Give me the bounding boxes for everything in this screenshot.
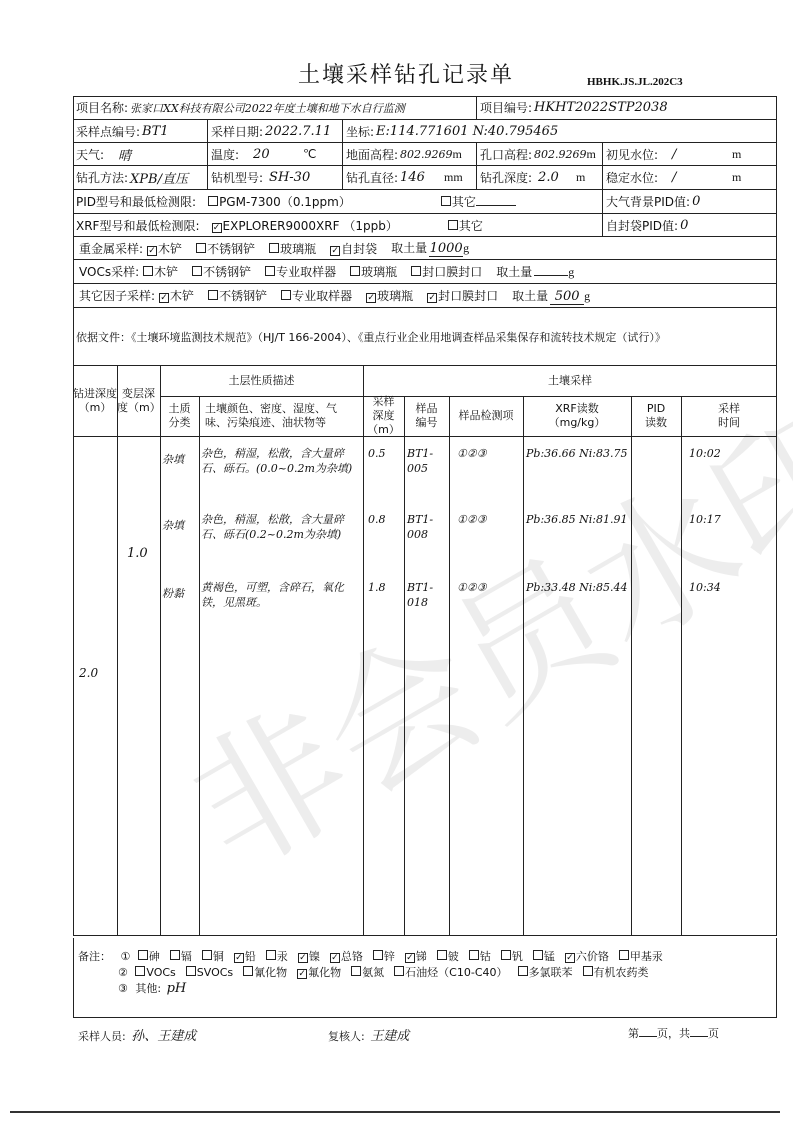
- sampling-option[interactable]: 不锈钢铲: [208, 287, 267, 304]
- row-vocs: VOCs采样: 木铲不锈钢铲专业取样器玻璃瓶封口膜封口取土量g: [73, 260, 777, 284]
- other-items-value[interactable]: pH: [167, 981, 187, 996]
- checkbox-icon[interactable]: [469, 950, 479, 960]
- checkbox-icon[interactable]: [138, 950, 148, 960]
- row-heavy-metal: 重金属采样: ✓木铲不锈钢铲玻璃瓶✓自封袋取土量1000g: [73, 237, 777, 260]
- checkbox-icon[interactable]: [619, 950, 629, 960]
- analyte-option[interactable]: 石油烃（C10-C40）: [394, 966, 507, 979]
- sampling-option[interactable]: 玻璃瓶: [350, 263, 397, 280]
- bag-pid-value[interactable]: 0: [680, 218, 688, 233]
- first-water-cell: 初见水位: / m: [603, 143, 777, 165]
- rig-cell: 钻机型号: SH-30: [208, 166, 343, 189]
- sampling-option[interactable]: ✓木铲: [147, 240, 182, 257]
- pid-cell: PID型号和最低检测限: PGM-7300（0.1ppm） 其它: [73, 190, 603, 213]
- checkbox-checked-icon[interactable]: ✓: [427, 293, 437, 303]
- checkbox-icon[interactable]: [135, 966, 145, 976]
- header-pid: PID读数: [631, 396, 681, 436]
- temp-cell: 温度: 20 ℃: [208, 143, 343, 165]
- sampling-option[interactable]: ✓封口膜封口: [427, 287, 498, 304]
- analyte-option[interactable]: ✓氟化物: [297, 966, 341, 979]
- xrf-reading[interactable]: Pb:33.48 Ni:85.44: [526, 580, 630, 595]
- depth-cell: 钻孔深度: 2.0 m: [477, 166, 603, 189]
- amount-field[interactable]: 取土量500g: [512, 287, 590, 305]
- header-drill-depth: 钻进深度（m）: [73, 366, 117, 436]
- analyte-option[interactable]: VOCs: [135, 966, 175, 979]
- checkbox-checked-icon[interactable]: ✓: [565, 953, 575, 963]
- sample-no[interactable]: BT1-018: [407, 580, 449, 610]
- method-cell: 钻孔方法: XPB/直压: [73, 166, 208, 189]
- soil-desc[interactable]: 杂色，稍湿，松散，含大量碎石、砾石(0.2~0.2m为杂填): [201, 512, 361, 542]
- xrf-cell: XRF型号和最低检测限: ✓EXPLORER9000XRF （1ppb） 其它: [73, 214, 603, 236]
- hole-elev-value[interactable]: 802.9269: [534, 148, 587, 161]
- analyte-option[interactable]: ✓六价铬: [565, 950, 609, 963]
- checkbox-icon[interactable]: [196, 243, 206, 253]
- sampling-option[interactable]: 不锈钢铲: [196, 240, 255, 257]
- ground-elev-value[interactable]: 802.9269: [400, 148, 453, 161]
- checkbox-icon[interactable]: [394, 966, 404, 976]
- soil-table: 钻进深度（m） 变层深度（m） 土层性质描述 土质分类 土壤颜色、密度、湿度、气…: [73, 366, 777, 936]
- analyte-option[interactable]: 多氯联苯: [518, 966, 573, 979]
- scan-edge-line: [10, 1111, 780, 1113]
- soil-type[interactable]: 粉黏: [162, 586, 198, 601]
- header-time: 采样时间: [681, 396, 777, 436]
- analyte-option[interactable]: ✓镍: [298, 950, 320, 963]
- analyte-option[interactable]: 钴: [469, 950, 491, 963]
- analyte-option[interactable]: 氰化物: [243, 966, 287, 979]
- sample-time[interactable]: 10:17: [689, 512, 769, 527]
- xrf-reading[interactable]: Pb:36.66 Ni:83.75: [526, 446, 630, 461]
- weather-cell: 天气: 晴: [73, 143, 208, 165]
- checkbox-icon[interactable]: [202, 950, 212, 960]
- header-xrf: XRF读数（mg/kg）: [523, 396, 631, 436]
- analyte-option[interactable]: 锌: [373, 950, 395, 963]
- page-total-field[interactable]: [690, 1036, 708, 1037]
- diameter-value[interactable]: 146: [400, 170, 444, 185]
- pid-option-other[interactable]: 其它: [441, 193, 516, 210]
- reviewer-signature[interactable]: 王建成: [370, 1029, 409, 1044]
- analyte-option[interactable]: ✓铅: [234, 950, 256, 963]
- row-basis: 依据文件：《土壤环境监测技术规范》（HJ/T 166-2004）、《重点行业企业…: [73, 308, 777, 366]
- row-pid: PID型号和最低检测限: PGM-7300（0.1ppm） 其它 大气背景PID…: [73, 190, 777, 214]
- checkbox-icon[interactable]: [269, 243, 279, 253]
- xrf-option-explorer[interactable]: ✓EXPLORER9000XRF （1ppb）: [212, 217, 398, 234]
- sampling-option[interactable]: 木铲: [143, 263, 178, 280]
- checkbox-checked-icon[interactable]: ✓: [405, 953, 415, 963]
- checkbox-icon[interactable]: [501, 950, 511, 960]
- checkbox-icon[interactable]: [373, 950, 383, 960]
- checkbox-checked-icon[interactable]: ✓: [330, 953, 340, 963]
- sample-depth[interactable]: 0.8: [368, 512, 404, 527]
- diameter-cell: 钻孔直径: 146 mm: [343, 166, 477, 189]
- layer-depth-value[interactable]: 1.0: [127, 546, 148, 561]
- heavy-metal-cell: 重金属采样: ✓木铲不锈钢铲玻璃瓶✓自封袋取土量1000g: [73, 237, 777, 259]
- sampler: 采样人员: 孙、王建成: [78, 1025, 196, 1044]
- header-sample-no: 样品编号: [404, 396, 449, 436]
- soil-desc[interactable]: 杂色，稍湿，松散，含大量碎石、砾石。(0.0~0.2m为杂填): [201, 446, 361, 476]
- header-layer-depth: 变层深度（m）: [117, 366, 160, 436]
- point-no-cell: 采样点编号: BT1: [73, 120, 208, 142]
- analyte-option[interactable]: 氨氮: [351, 966, 384, 979]
- notes-line-1: 备注： ① 砷镉铜✓铅汞✓镍✓总铬锌✓锑铍钴钒锰✓六价铬甲基汞: [78, 948, 669, 964]
- form-code: HBHK.JS.JL.202C3: [587, 76, 683, 88]
- row-project: 项目名称: 张家口XX科技有限公司2022年度土壤和地下水自行监测 项目编号: …: [73, 96, 777, 120]
- drill-depth-value[interactable]: 2.0: [79, 666, 98, 681]
- sample-time[interactable]: 10:02: [689, 446, 769, 461]
- analyte-option[interactable]: 有机农药类: [583, 966, 649, 979]
- notes-section: 备注： ① 砷镉铜✓铅汞✓镍✓总铬锌✓锑铍钴钒锰✓六价铬甲基汞 ② VOCsSV…: [73, 938, 777, 1018]
- sampling-option[interactable]: 玻璃瓶: [269, 240, 316, 257]
- analyte-option[interactable]: 砷: [138, 950, 160, 963]
- checkbox-checked-icon[interactable]: ✓: [330, 246, 340, 256]
- checkbox-icon[interactable]: [583, 966, 593, 976]
- stable-water-cell: 稳定水位: / m: [603, 166, 777, 189]
- method-value[interactable]: XPB/直压: [130, 168, 188, 187]
- header-sample-depth: 采样深度（m）: [363, 396, 404, 436]
- vocs-cell: VOCs采样: 木铲不锈钢铲专业取样器玻璃瓶封口膜封口取土量g: [73, 260, 777, 283]
- analyte-option[interactable]: 铜: [202, 950, 224, 963]
- checkbox-icon[interactable]: [533, 950, 543, 960]
- checkbox-checked-icon[interactable]: ✓: [297, 969, 307, 979]
- sample-date-value[interactable]: 2022.7.11: [265, 124, 331, 139]
- coord-cell: 坐标: E:114.771601 N:40.795465: [343, 120, 777, 142]
- checkbox-icon[interactable]: [208, 290, 218, 300]
- checkbox-icon[interactable]: [411, 266, 421, 276]
- notes-line-3: ③ 其他: pH: [118, 980, 186, 996]
- sample-date-cell: 采样日期: 2022.7.11: [208, 120, 343, 142]
- analyte-option[interactable]: 镉: [170, 950, 192, 963]
- depth-value[interactable]: 2.0: [538, 170, 576, 185]
- hole-elev-cell: 孔口高程: 802.9269 m: [477, 143, 603, 165]
- row-other-sampling: 其它因子采样: ✓木铲不锈钢铲专业取样器✓玻璃瓶✓封口膜封口取土量500g: [73, 284, 777, 308]
- air-pid-cell: 大气背景PID值: 0: [603, 190, 777, 213]
- stable-water-value[interactable]: /: [672, 170, 732, 185]
- basis-text: 依据文件：《土壤环境监测技术规范》（HJ/T 166-2004）、《重点行业企业…: [76, 329, 666, 345]
- bag-pid-cell: 自封袋PID值: 0: [603, 214, 777, 236]
- coord-value[interactable]: E:114.771601 N:40.795465: [376, 124, 558, 139]
- sampling-option[interactable]: 专业取样器: [281, 287, 352, 304]
- header-soil-type: 土质分类: [160, 396, 199, 436]
- project-no-cell: 项目编号: HKHT2022STP2038: [477, 96, 777, 119]
- project-name-cell: 项目名称: 张家口XX科技有限公司2022年度土壤和地下水自行监测: [73, 96, 477, 119]
- air-pid-value[interactable]: 0: [692, 194, 700, 209]
- test-items[interactable]: ①②③: [457, 512, 521, 527]
- form-title: 土壤采样钻孔记录单: [298, 58, 514, 89]
- project-name-value[interactable]: 张家口XX科技有限公司2022年度土壤和地下水自行监测: [130, 100, 405, 116]
- notes-line-2: ② VOCsSVOCs氰化物✓氟化物氨氮石油烃（C10-C40）多氯联苯有机农药…: [118, 964, 655, 980]
- row-xrf: XRF型号和最低检测限: ✓EXPLORER9000XRF （1ppb） 其它 …: [73, 214, 777, 237]
- analyte-option[interactable]: 铍: [437, 950, 459, 963]
- soil-type[interactable]: 杂填: [162, 452, 198, 467]
- analyte-option[interactable]: SVOCs: [186, 966, 233, 979]
- pid-option-pgm[interactable]: PGM-7300（0.1ppm）: [208, 193, 351, 210]
- test-items[interactable]: ①②③: [457, 446, 521, 461]
- amount-field[interactable]: 取土量1000g: [391, 239, 469, 257]
- checkbox-checked-icon[interactable]: ✓: [147, 246, 157, 256]
- point-no-value[interactable]: BT1: [142, 124, 169, 139]
- page-no-field[interactable]: [639, 1036, 657, 1037]
- checkbox-icon[interactable]: [350, 266, 360, 276]
- checkbox-icon[interactable]: [192, 266, 202, 276]
- other-sampling-cell: 其它因子采样: ✓木铲不锈钢铲专业取样器✓玻璃瓶✓封口膜封口取土量500g: [73, 284, 777, 307]
- checkbox-icon[interactable]: [243, 966, 253, 976]
- analyte-option[interactable]: ✓锑: [405, 950, 427, 963]
- checkbox-checked-icon[interactable]: ✓: [212, 223, 222, 233]
- analyte-option[interactable]: 汞: [266, 950, 288, 963]
- sample-no[interactable]: BT1-008: [407, 512, 449, 542]
- xrf-reading[interactable]: Pb:36.85 Ni:81.91: [526, 512, 630, 527]
- rig-value[interactable]: SH-30: [269, 170, 310, 185]
- sampling-option[interactable]: 封口膜封口: [411, 263, 482, 280]
- sample-depth[interactable]: 1.8: [368, 580, 404, 595]
- checkbox-checked-icon[interactable]: ✓: [298, 953, 308, 963]
- soil-desc[interactable]: 黄褐色，可塑，含碎石，氧化铁，见黑斑。: [201, 580, 361, 610]
- checkbox-icon[interactable]: [518, 966, 528, 976]
- checkbox-icon[interactable]: [281, 290, 291, 300]
- sampling-option[interactable]: ✓玻璃瓶: [366, 287, 413, 304]
- soil-type[interactable]: 杂填: [162, 518, 198, 533]
- analyte-option[interactable]: ✓总铬: [330, 950, 363, 963]
- reviewer: 复核人: 王建成: [328, 1025, 409, 1044]
- row-method: 钻孔方法: XPB/直压 钻机型号: SH-30 钻孔直径: 146 mm 钻孔…: [73, 166, 777, 190]
- checkbox-icon[interactable]: [170, 950, 180, 960]
- checkbox-checked-icon[interactable]: ✓: [366, 293, 376, 303]
- header-soil-desc-group: 土层性质描述: [160, 366, 363, 396]
- header-soil-desc: 土壤颜色、密度、湿度、气味、污染痕迹、油状物等: [199, 396, 363, 436]
- sampling-option[interactable]: ✓木铲: [159, 287, 194, 304]
- analyte-option[interactable]: 钒: [501, 950, 523, 963]
- checkbox-checked-icon[interactable]: ✓: [159, 293, 169, 303]
- page-counter: 第页，共页: [628, 1025, 719, 1041]
- checkbox-icon[interactable]: [441, 196, 451, 206]
- checkbox-icon[interactable]: [208, 196, 218, 206]
- sampling-option[interactable]: 专业取样器: [265, 263, 336, 280]
- row-weather: 天气: 晴 温度: 20 ℃ 地面高程: 802.9269 m 孔口高程: 80…: [73, 143, 777, 166]
- project-no-value[interactable]: HKHT2022STP2038: [534, 100, 668, 115]
- sample-depth[interactable]: 0.5: [368, 446, 404, 461]
- checkbox-icon[interactable]: [265, 266, 275, 276]
- sample-time[interactable]: 10:34: [689, 580, 769, 595]
- checkbox-icon[interactable]: [437, 950, 447, 960]
- analyte-option[interactable]: 甲基汞: [619, 950, 663, 963]
- checkbox-icon[interactable]: [448, 220, 458, 230]
- header-test-items: 样品检测项: [449, 396, 523, 436]
- xrf-option-other[interactable]: 其它: [448, 217, 483, 234]
- checkbox-icon[interactable]: [351, 966, 361, 976]
- sampling-option[interactable]: 不锈钢铲: [192, 263, 251, 280]
- ground-elev-cell: 地面高程: 802.9269 m: [343, 143, 477, 165]
- temp-value[interactable]: 20: [253, 147, 303, 162]
- first-water-value[interactable]: /: [672, 147, 732, 162]
- header-sampling-group: 土壤采样: [363, 366, 777, 396]
- row-point: 采样点编号: BT1 采样日期: 2022.7.11 坐标: E:114.771…: [73, 120, 777, 143]
- weather-value[interactable]: 晴: [118, 145, 131, 164]
- checkbox-icon[interactable]: [143, 266, 153, 276]
- sampler-signature[interactable]: 孙、王建成: [131, 1029, 196, 1044]
- checkbox-checked-icon[interactable]: ✓: [234, 953, 244, 963]
- analyte-option[interactable]: 锰: [533, 950, 555, 963]
- sampling-option[interactable]: ✓自封袋: [330, 240, 377, 257]
- checkbox-icon[interactable]: [186, 966, 196, 976]
- test-items[interactable]: ①②③: [457, 580, 521, 595]
- amount-field[interactable]: 取土量g: [496, 263, 574, 280]
- sample-no[interactable]: BT1-005: [407, 446, 449, 476]
- checkbox-icon[interactable]: [266, 950, 276, 960]
